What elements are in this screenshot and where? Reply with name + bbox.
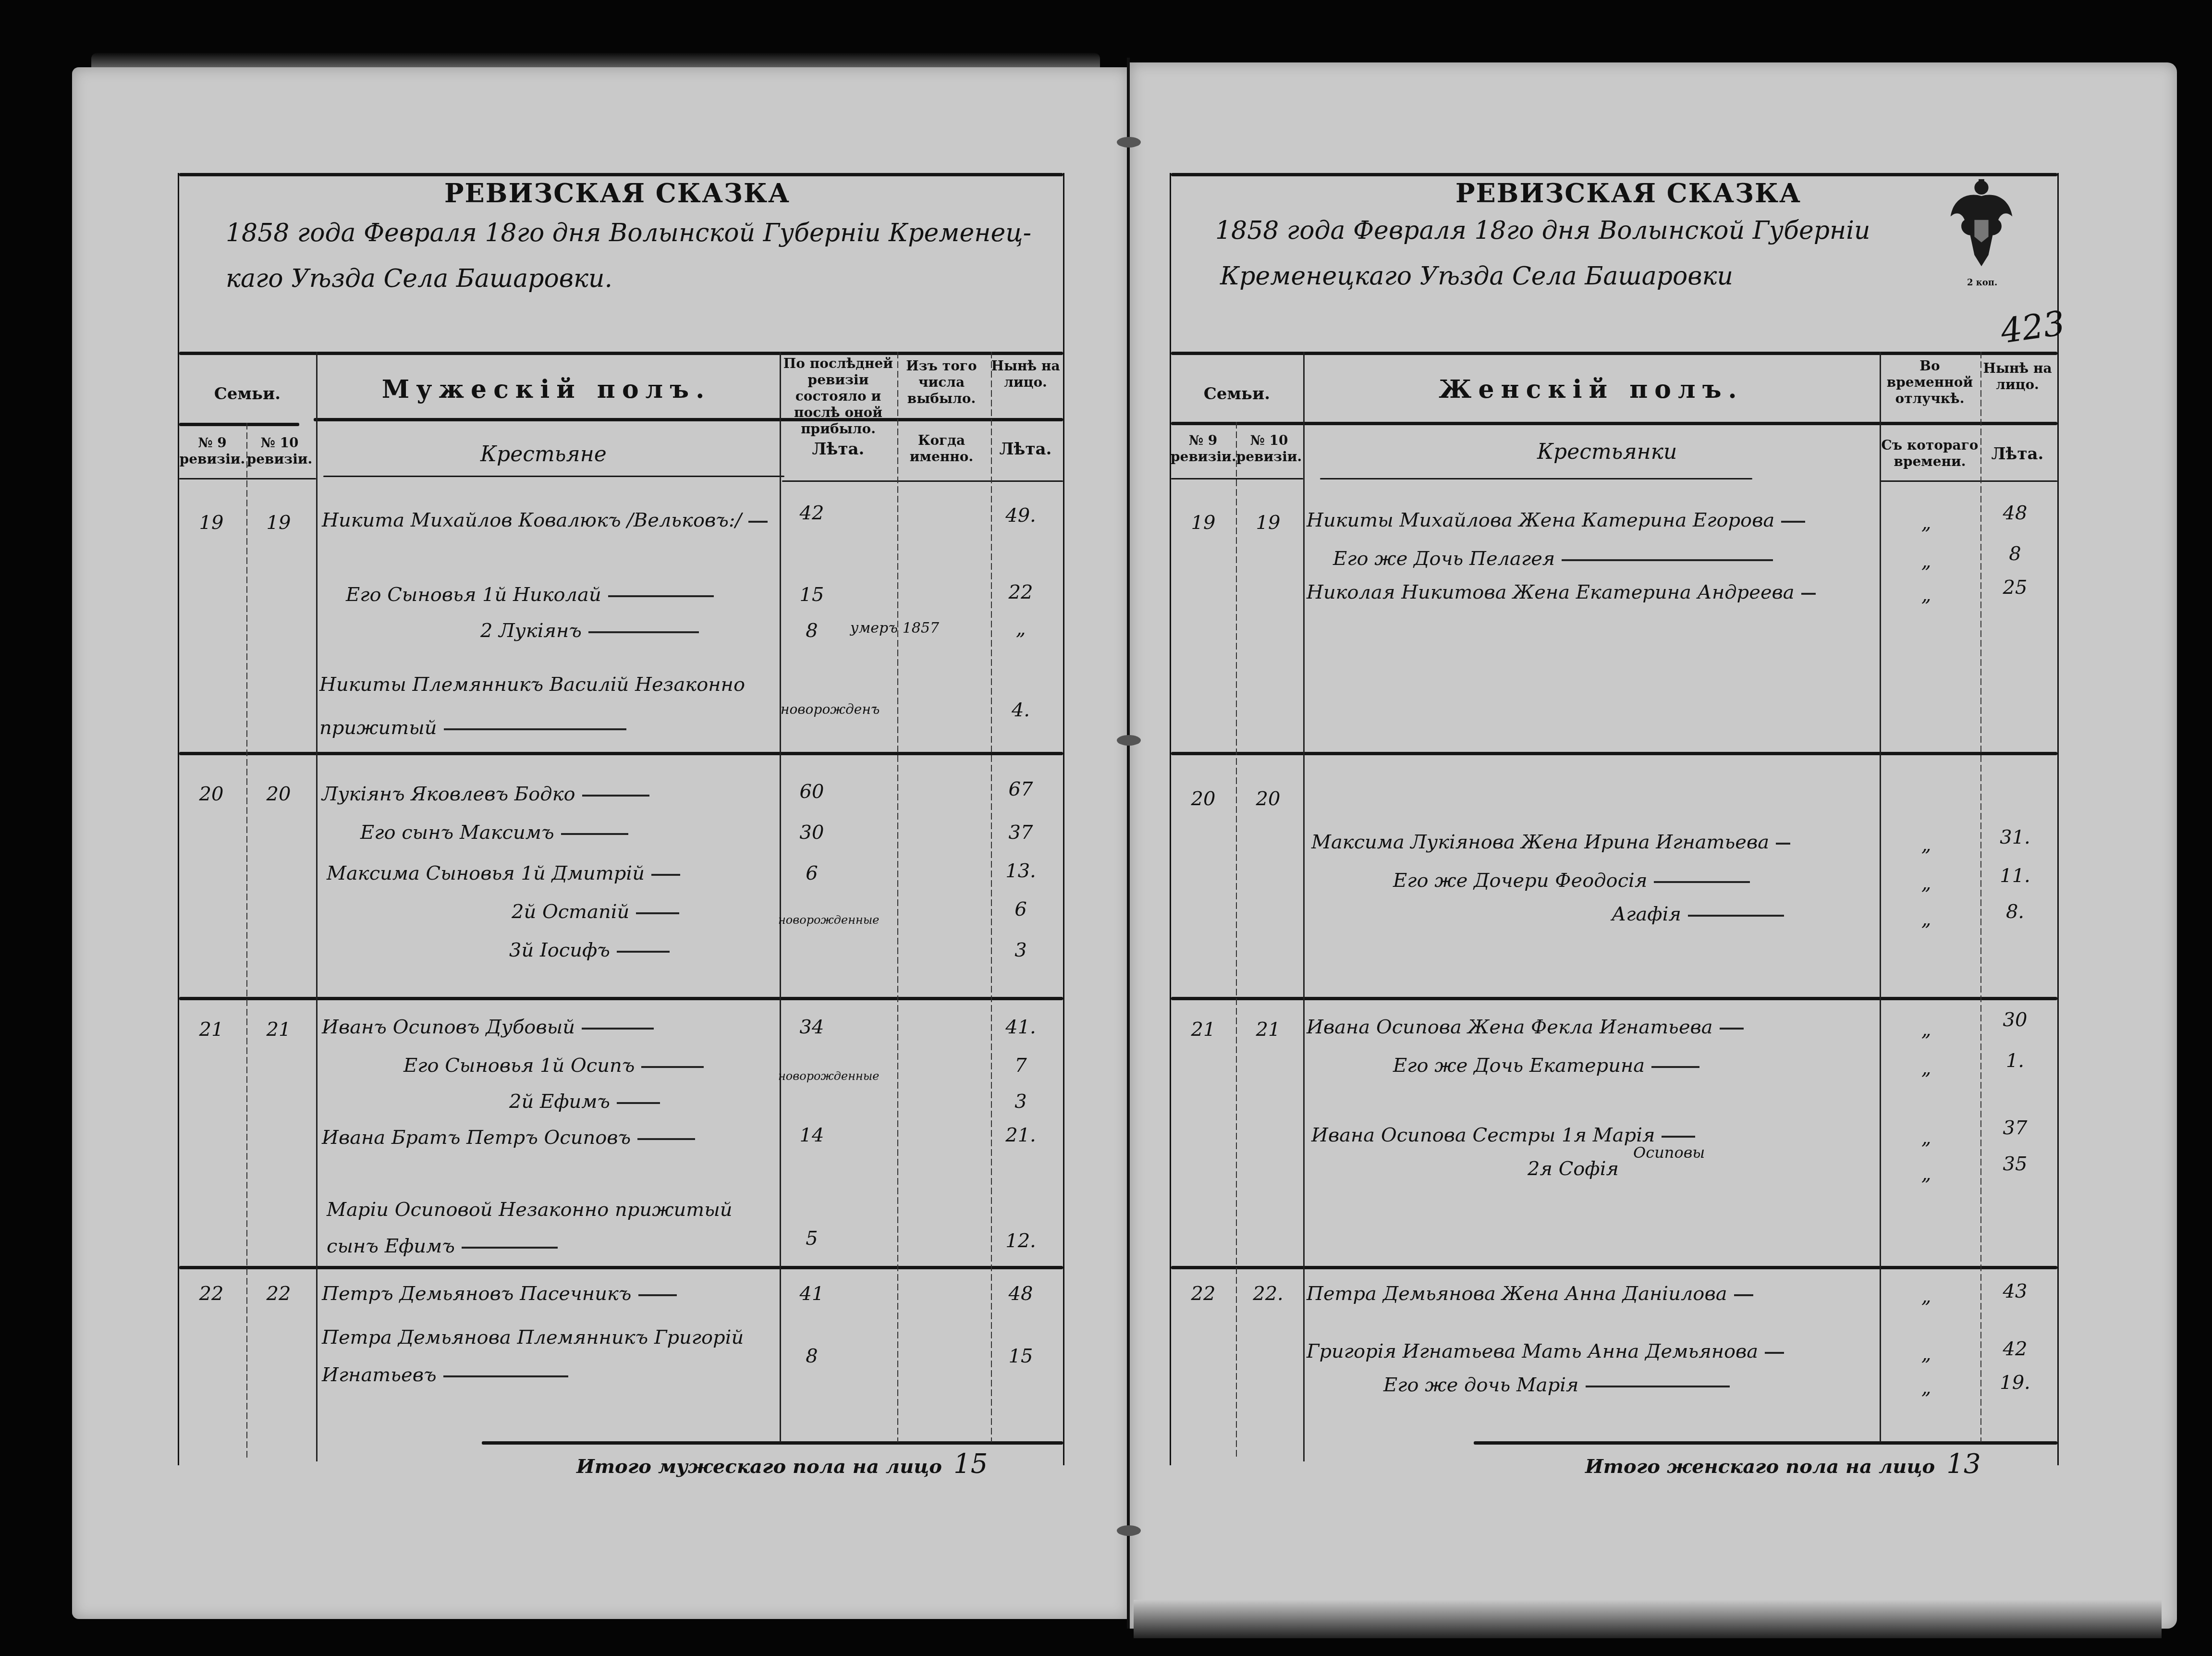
person-name: Его Сыновья 1й Осипъ (403, 1055, 704, 1077)
person-absent: „ (1902, 1163, 1950, 1185)
person-name: 2й Ефимъ (509, 1091, 660, 1113)
person-name: Петра Демьянова Жена Анна Даніилова (1307, 1283, 1753, 1305)
family-rev9: 22 (183, 1283, 240, 1305)
left-subheader-rev9: № 9 ревизіи. (179, 435, 246, 467)
imperial-eagle-stamp-icon (1945, 178, 2017, 269)
family-rev9: 20 (183, 783, 240, 805)
person-name: Григорія Игнатьева Мать Анна Демьянова (1307, 1340, 1784, 1362)
person-age-now: 22 (990, 581, 1052, 603)
person-name: Маріи Осиповой Незаконно прижитый сынъ Е… (327, 1191, 759, 1264)
family-rev10: 21 (250, 1018, 307, 1041)
person-age: 14 (781, 1124, 843, 1146)
person-absent: „ (1902, 1376, 1950, 1398)
person-absent: „ (1902, 1343, 1950, 1365)
person-name: Максима Лукіянова Жена Ирина Игнатьева (1311, 831, 1790, 853)
right-heading-line-2: Кременецкаго Уѣзда Села Башаровки (1220, 262, 1733, 291)
right-header-section: Женскій полъ. (1307, 375, 1876, 404)
right-total: Итого женскаго пола на лицо13 (1585, 1448, 1981, 1480)
person-name: Никиты Михайлова Жена Катерина Егорова (1307, 509, 1805, 531)
person-age-now: 21. (990, 1124, 1052, 1146)
person-age-now: 6 (990, 898, 1052, 920)
person-age-now: 48 (1984, 502, 2046, 524)
person-age-now: 43 (1984, 1280, 2046, 1302)
person-age-now: 67 (990, 778, 1052, 800)
right-estate-label: Крестьянки (1537, 440, 1677, 464)
person-absent: „ (1902, 1018, 1950, 1041)
person-age: 30 (781, 822, 843, 844)
left-header-now: Нынѣ на лицо. (990, 358, 1062, 391)
right-header-now: Нынѣ на лицо. (1981, 360, 2053, 393)
person-age-now: 3 (990, 939, 1052, 961)
person-absent: „ (1902, 834, 1950, 856)
family-rev10: 22 (250, 1283, 307, 1305)
right-subheader-rev9: № 9 ревизіи. (1171, 432, 1235, 465)
person-age-now: 35 (1984, 1153, 2046, 1175)
person-age-now: „ (990, 617, 1052, 639)
person-age-now: 37 (1984, 1117, 2046, 1139)
family-rev10: 22. (1237, 1283, 1299, 1305)
person-name: Петра Демьянова Племянникъ Григорій Игна… (322, 1319, 764, 1394)
person-name: 2й Остапій (512, 901, 679, 923)
person-absent: „ (1902, 512, 1950, 534)
family-rev9: 20 (1172, 788, 1234, 810)
family-rev9: 22 (1172, 1283, 1234, 1305)
family-rev9: 21 (183, 1018, 240, 1041)
family-rev9: 21 (1172, 1018, 1234, 1041)
person-name: Никита Михайлов Ковалюкъ /Вельковъ:/ (322, 509, 768, 531)
person-name: Агафія (1612, 903, 1784, 925)
right-subheader-years: Лѣта. (1981, 444, 2053, 464)
person-age: 5 (781, 1227, 843, 1250)
person-name: Лукіянъ Яковлевъ Бодко (322, 783, 649, 805)
right-page-title: РЕВИЗСКАЯ СКАЗКА (1455, 178, 1801, 209)
person-age: новорожденные (778, 901, 889, 939)
person-age: 15 (781, 584, 843, 606)
left-subheader-rev10: № 10 ревизіи. (246, 435, 313, 467)
person-name: 2я Софія (1528, 1158, 1619, 1180)
person-age-now: 7 (990, 1055, 1052, 1077)
person-absent: „ (1902, 550, 1950, 572)
left-header-section: Мужескій полъ. (317, 375, 776, 404)
stamp-duty-label: 2 коп. (1967, 278, 1997, 288)
person-age-now: 37 (990, 822, 1052, 844)
person-age: 42 (781, 502, 843, 524)
family-rev9: 19 (1172, 512, 1234, 534)
left-header-departed: Изъ того числа выбыло. (898, 358, 985, 407)
person-name: 3й Іосифъ (509, 939, 670, 961)
person-age-now: 12. (990, 1230, 1052, 1252)
person-age-now: 48 (990, 1283, 1052, 1305)
person-name: Его же Дочь Пелагея (1333, 548, 1773, 570)
person-name: Петръ Демьяновъ Пасечникъ (322, 1283, 677, 1305)
person-absent: „ (1902, 872, 1950, 894)
family-rev10: 20 (250, 783, 307, 805)
left-heading-line-1: 1858 года Февраля 18го дня Волынской Губ… (226, 219, 1031, 247)
person-absent: „ (1902, 908, 1950, 930)
person-name: Ивана Братъ Петръ Осиповъ (322, 1127, 695, 1149)
person-name: Его Сыновья 1й Николай (346, 584, 714, 606)
person-age: 8 (781, 620, 843, 642)
person-name: Его же дочь Марія (1383, 1374, 1730, 1396)
person-departed: умеръ 1857 (850, 620, 939, 637)
person-age-now: 42 (1984, 1338, 2046, 1360)
person-name: Ивана Осипова Жена Фекла Игнатьева (1307, 1016, 1744, 1038)
person-age-now: 41. (990, 1016, 1052, 1038)
person-name: Его же Дочь Екатерина (1393, 1055, 1699, 1077)
person-absent: „ (1902, 1127, 1950, 1149)
right-heading-line-1: 1858 года Февраля 18го дня Волынской Губ… (1215, 216, 1870, 245)
left-subheader-when: Когда именно. (898, 432, 985, 465)
book-bottom-edge (1134, 1600, 2162, 1638)
person-age-now: 8. (1984, 901, 2046, 923)
left-subheader-years: Лѣта. (781, 440, 896, 459)
person-absent: „ (1902, 584, 1950, 606)
person-name: Максима Сыновья 1й Дмитрій (327, 862, 680, 884)
binding-stitch-icon (1117, 137, 1141, 147)
person-absent: „ (1902, 1057, 1950, 1079)
family-rev10: 20 (1237, 788, 1299, 810)
person-age-now: 3 (990, 1091, 1052, 1113)
right-header-families: Семьи. (1172, 384, 1302, 404)
left-total: Итого мужескаго пола на лицо15 (576, 1448, 988, 1480)
person-age: новорожденъ (781, 701, 880, 717)
person-age-now: 25 (1984, 577, 2046, 599)
person-name: Никиты Племянникъ Василій Незаконно приж… (319, 663, 761, 749)
binding-stitch-icon (1117, 735, 1141, 746)
person-age-now: 13. (990, 860, 1052, 882)
person-age: 60 (781, 781, 843, 803)
book-spine (1127, 58, 1130, 1629)
person-name: Его сынъ Максимъ (360, 822, 628, 844)
person-age-now: 8 (1984, 543, 2046, 565)
person-name: Его же Дочери Феодосія (1393, 870, 1750, 892)
person-age-now: 30 (1984, 1009, 2046, 1031)
person-age-now: 4. (990, 699, 1052, 721)
left-header-families: Семьи. (180, 384, 315, 404)
sisters-surname-note: Осиповы (1633, 1143, 1705, 1162)
person-age: новорожденные (778, 1057, 889, 1095)
person-age-now: 15 (990, 1345, 1052, 1367)
person-age-now: 31. (1984, 826, 2046, 848)
right-header-absent: Во временной отлучкѣ. (1881, 358, 1979, 407)
person-absent: „ (1902, 1285, 1950, 1307)
right-subheader-since: Съ котораго времени. (1881, 437, 1979, 470)
left-page-title: РЕВИЗСКАЯ СКАЗКА (444, 178, 790, 209)
left-subheader-years-now: Лѣта. (990, 440, 1062, 459)
person-age: 34 (781, 1016, 843, 1038)
right-subheader-rev10: № 10 ревизіи. (1235, 432, 1303, 465)
person-age-now: 49. (990, 504, 1052, 527)
person-age-now: 19. (1984, 1372, 2046, 1394)
family-rev10: 21 (1237, 1018, 1299, 1041)
family-rev10: 19 (250, 512, 307, 534)
person-age: 41 (781, 1283, 843, 1305)
person-age-now: 11. (1984, 865, 2046, 887)
left-header-last-revision: По послѣдней ревизіи состояло и послѣ он… (781, 356, 896, 437)
left-heading-line-2: каго Уѣзда Села Башаровки. (226, 264, 612, 293)
person-name: Николая Никитова Жена Екатерина Андреева (1307, 581, 1816, 603)
family-rev9: 19 (183, 512, 240, 534)
left-estate-label: Крестьяне (480, 442, 607, 466)
person-age: 6 (781, 862, 843, 884)
person-name: 2 Лукіянъ (480, 620, 699, 642)
person-age-now: 1. (1984, 1050, 2046, 1072)
person-name: Иванъ Осиповъ Дубовый (322, 1016, 654, 1038)
person-age: 8 (781, 1345, 843, 1367)
binding-stitch-icon (1117, 1525, 1141, 1536)
family-rev10: 19 (1237, 512, 1299, 534)
